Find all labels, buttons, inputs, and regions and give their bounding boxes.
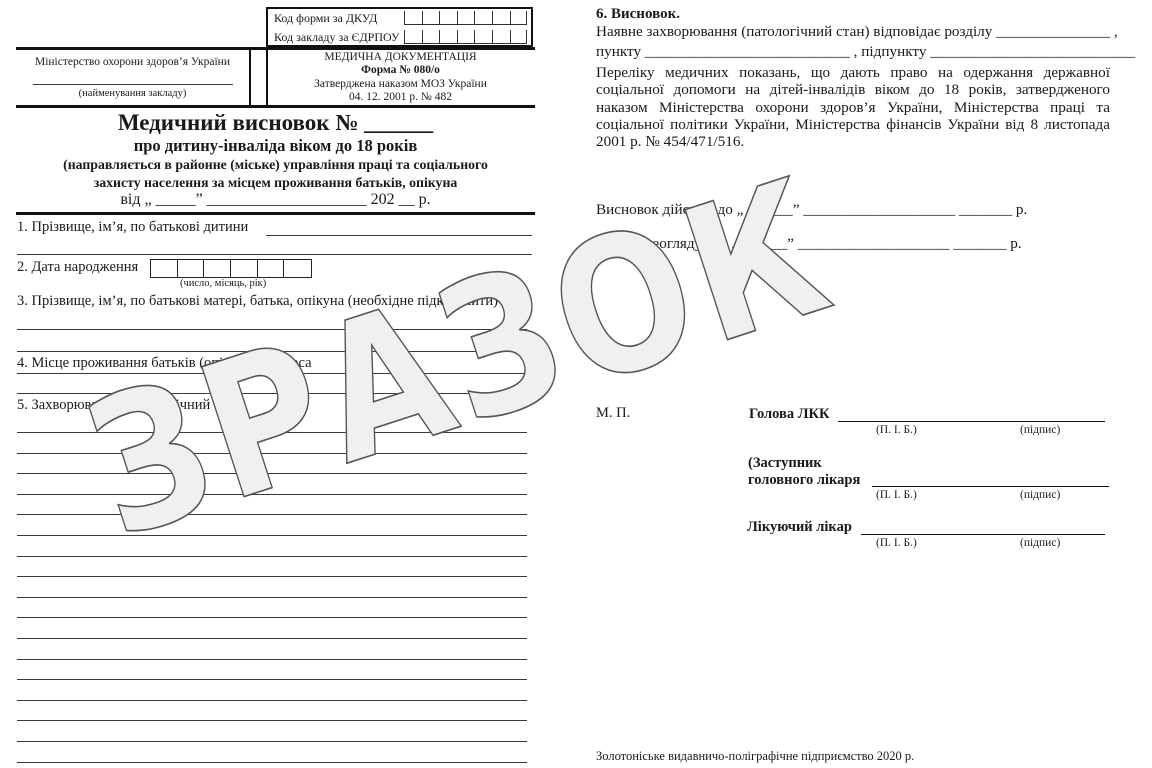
conclusion-line-item[interactable]: пункту ___________________________ , під… bbox=[596, 43, 1135, 61]
signature-doctor-line[interactable] bbox=[861, 534, 1105, 535]
disease-line[interactable] bbox=[17, 473, 527, 474]
field-birthdate-label: 2. Дата народження bbox=[17, 259, 138, 276]
field-parent-name-input-2[interactable] bbox=[17, 351, 527, 352]
review-date-label: Дата переогляду bbox=[596, 235, 702, 253]
field-child-name-input[interactable] bbox=[266, 235, 532, 236]
document-subtitle: про дитину-інваліда віком до 18 років bbox=[16, 136, 535, 156]
sig-sign-caption: (підпис) bbox=[1020, 537, 1060, 549]
field-address-label: 4. Місце проживання батьків (опікуна) – … bbox=[17, 355, 312, 372]
field-child-name-input-2[interactable] bbox=[17, 254, 532, 255]
signature-head-lkk-label: Голова ЛКК bbox=[749, 406, 830, 423]
field-address-input[interactable] bbox=[17, 373, 527, 374]
disease-line[interactable] bbox=[17, 617, 527, 618]
signature-doctor-label: Лікуючий лікар bbox=[747, 519, 852, 536]
disease-line[interactable] bbox=[17, 494, 527, 495]
field-parent-name-input[interactable] bbox=[17, 329, 527, 330]
disease-line[interactable] bbox=[17, 556, 527, 557]
sig-name-caption: (П. І. Б.) bbox=[876, 489, 917, 501]
disease-line[interactable] bbox=[17, 432, 527, 433]
field-child-name-label: 1. Прізвище, ім’я, по батькові дитини bbox=[17, 219, 248, 236]
field-parent-name-label: 3. Прізвище, ім’я, по батькові матері, б… bbox=[17, 293, 498, 310]
field-disease-label: 5. Захворювання (патологічний стан) bbox=[17, 397, 246, 414]
review-date-input[interactable]: „ ______” ____________________ _______ р… bbox=[731, 235, 1022, 253]
institution-caption: (найменування закладу) bbox=[16, 88, 249, 99]
code-edrpou-label: Код закладу за ЄДРПОУ bbox=[274, 30, 399, 45]
disease-line[interactable] bbox=[17, 597, 527, 598]
disease-line[interactable] bbox=[17, 535, 527, 536]
header-bottom-rule bbox=[16, 105, 535, 108]
disease-line[interactable] bbox=[17, 762, 527, 763]
code-edrpou-cells[interactable] bbox=[404, 30, 527, 44]
code-box: Код форми за ДКУД Код закладу за ЄДРПОУ bbox=[266, 7, 533, 47]
disease-line[interactable] bbox=[17, 679, 527, 680]
sig-name-caption: (П. І. Б.) bbox=[876, 424, 917, 436]
approved-date: 04. 12. 2001 р. № 482 bbox=[268, 91, 533, 103]
disease-line[interactable] bbox=[17, 638, 527, 639]
birthdate-cells[interactable] bbox=[150, 259, 312, 278]
disease-line[interactable] bbox=[17, 700, 527, 701]
conclusion-line-section[interactable]: Наявне захворювання (патологічний стан) … bbox=[596, 23, 1118, 41]
sig-name-caption: (П. І. Б.) bbox=[876, 537, 917, 549]
stamp-placeholder: М. П. bbox=[596, 405, 630, 422]
signature-head-lkk-line[interactable] bbox=[838, 421, 1105, 422]
doc-type: МЕДИЧНА ДОКУМЕНТАЦІЯ bbox=[268, 51, 533, 63]
title-bottom-rule bbox=[16, 212, 535, 215]
document-title: Медичний висновок № ______ bbox=[16, 110, 535, 136]
signature-deputy-label-1: (Заступник bbox=[748, 455, 822, 472]
field-address-input-2[interactable] bbox=[17, 393, 527, 394]
routing-note-1: (направляється в районне (міське) управл… bbox=[16, 157, 535, 173]
disease-line[interactable] bbox=[17, 514, 527, 515]
disease-line[interactable] bbox=[17, 720, 527, 721]
ministry-name: Міністерство охорони здоров’я України bbox=[16, 56, 249, 68]
birthdate-caption: (число, місяць, рік) bbox=[180, 278, 266, 289]
sig-sign-caption: (підпис) bbox=[1020, 424, 1060, 436]
header-divider bbox=[249, 48, 251, 105]
signature-deputy-line[interactable] bbox=[872, 486, 1109, 487]
valid-until-line[interactable]: Висновок дійсний до „ ______” __________… bbox=[596, 201, 1027, 219]
issue-date-line[interactable]: від „ _____” ____________________ 202 __… bbox=[16, 191, 535, 209]
signature-deputy-label-2: головного лікаря bbox=[748, 472, 860, 489]
routing-note-2: захисту населення за місцем проживання б… bbox=[16, 175, 535, 191]
disease-line[interactable] bbox=[17, 453, 527, 454]
conclusion-paragraph: Переліку медичних показань, що дають пра… bbox=[596, 64, 1110, 150]
publisher-note: Золотоніське видавничо-поліграфічне підп… bbox=[596, 749, 914, 764]
approved-by: Затверджена наказом МОЗ України bbox=[268, 78, 533, 90]
code-dkud-label: Код форми за ДКУД bbox=[274, 11, 377, 26]
disease-line[interactable] bbox=[17, 659, 527, 660]
disease-line[interactable] bbox=[17, 576, 527, 577]
sig-sign-caption: (підпис) bbox=[1020, 489, 1060, 501]
disease-line[interactable] bbox=[17, 741, 527, 742]
form-number: Форма № 080/о bbox=[268, 64, 533, 76]
institution-name-line[interactable] bbox=[33, 84, 233, 85]
header-top-rule bbox=[16, 47, 535, 50]
code-dkud-cells[interactable] bbox=[404, 11, 527, 25]
conclusion-title: 6. Висновок. bbox=[596, 6, 680, 23]
